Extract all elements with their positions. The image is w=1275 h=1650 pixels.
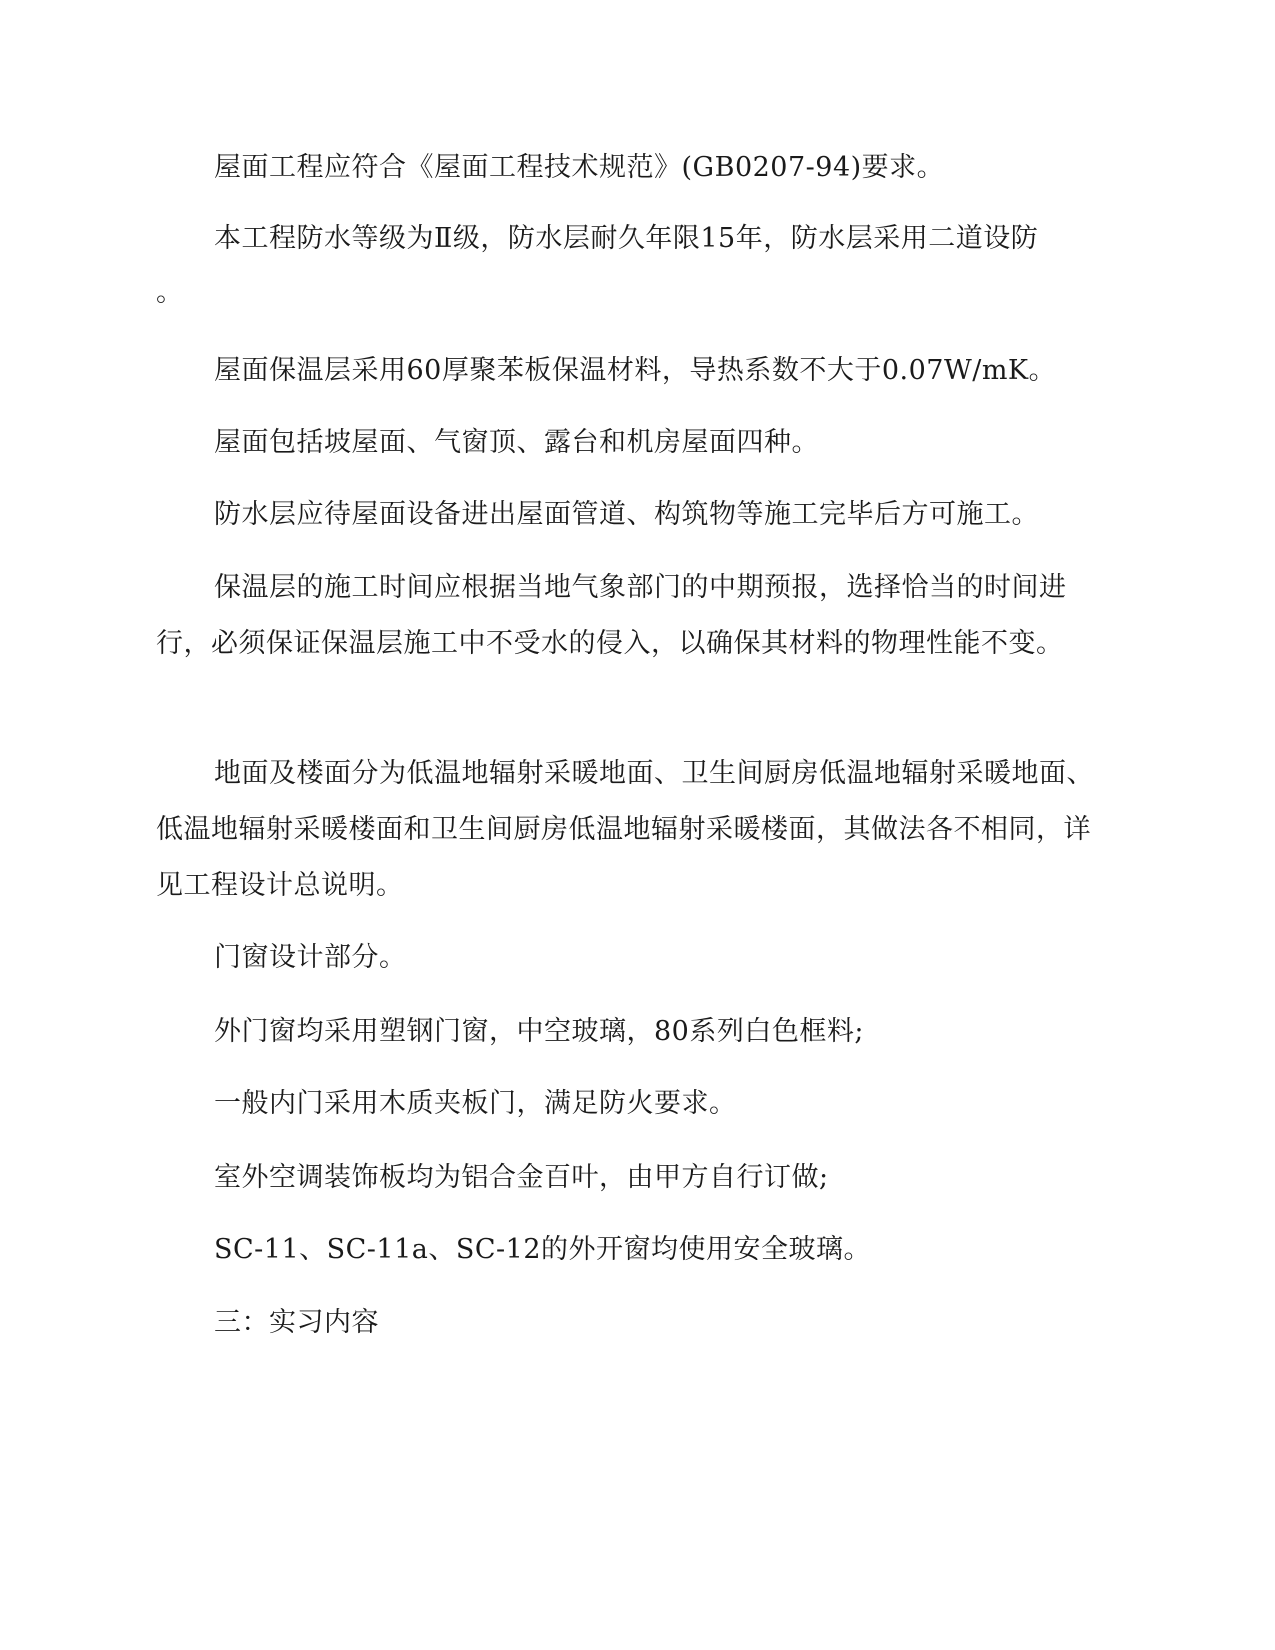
paragraph-roof-standard: 屋面工程应符合《屋面工程技术规范》(GB0207-94)要求。 <box>156 140 1111 196</box>
section-heading-internship-content: 三：实习内容 <box>156 1295 1111 1351</box>
paragraph-waterproof-grade-end: 。 <box>156 265 1111 321</box>
paragraph-exterior-windows: 外门窗均采用塑钢门窗，中空玻璃，80系列白色框料; <box>156 1004 1111 1060</box>
paragraph-waterproof-timing: 防水层应待屋面设备进出屋面管道、构筑物等施工完毕后方可施工。 <box>156 487 1111 543</box>
document-page: 屋面工程应符合《屋面工程技术规范》(GB0207-94)要求。 本工程防水等级为… <box>0 0 1275 1650</box>
paragraph-roof-types: 屋面包括坡屋面、气窗顶、露台和机房屋面四种。 <box>156 415 1111 471</box>
paragraph-safety-glass: SC-11、SC-11a、SC-12的外开窗均使用安全玻璃。 <box>156 1222 1111 1278</box>
paragraph-ac-panels: 室外空调装饰板均为铝合金百叶，由甲方自行订做; <box>156 1150 1111 1206</box>
paragraph-interior-doors: 一般内门采用木质夹板门，满足防火要求。 <box>156 1076 1111 1132</box>
paragraph-doors-windows-heading: 门窗设计部分。 <box>156 930 1111 986</box>
paragraph-waterproof-grade: 本工程防水等级为Ⅱ级，防水层耐久年限15年，防水层采用二道设防 <box>156 211 1111 267</box>
paragraph-insulation-layer: 屋面保温层采用60厚聚苯板保温材料，导热系数不大于0.07W/mK。 <box>156 343 1111 399</box>
paragraph-insulation-construction: 保温层的施工时间应根据当地气象部门的中期预报，选择恰当的时间进行，必须保证保温层… <box>156 560 1111 672</box>
paragraph-floor-types: 地面及楼面分为低温地辐射采暖地面、卫生间厨房低温地辐射采暖地面、低温地辐射采暖楼… <box>156 746 1111 914</box>
